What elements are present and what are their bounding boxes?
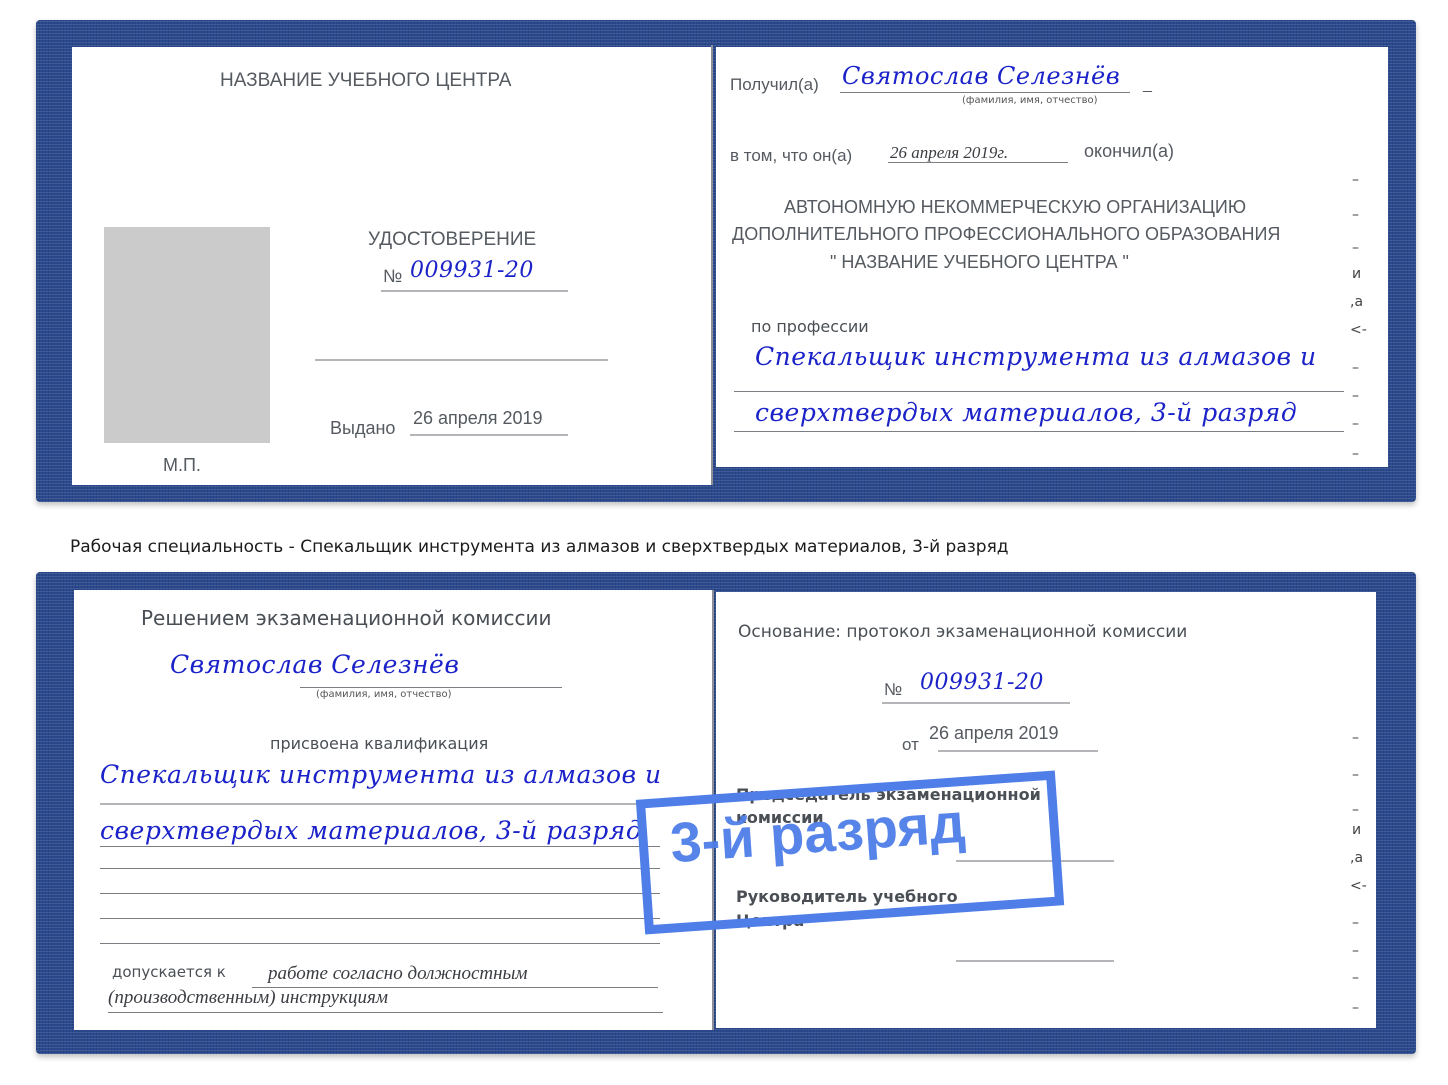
side-mark: – (1352, 1000, 1359, 1016)
admitted-underline-2 (108, 1012, 663, 1013)
blank-line (100, 893, 660, 894)
center-name-heading: НАЗВАНИЕ УЧЕБНОГО ЦЕНТРА (220, 70, 512, 92)
profession-underline-2 (734, 431, 1344, 432)
issued-label: Выдано (330, 418, 395, 439)
protocol-number-label: № (884, 680, 902, 700)
side-mark: – (1352, 767, 1359, 783)
side-mark: – (1352, 388, 1359, 404)
protocol-number-underline (882, 702, 1070, 704)
decision-name-caption: (фамилия, имя, отчество) (316, 689, 452, 700)
side-mark: – (1352, 802, 1359, 818)
qualification-line-1: Спекальщик инструмента из алмазов и (100, 760, 662, 789)
from-value: 26 апреля 2019 (929, 723, 1059, 744)
side-mark: <- (1350, 878, 1367, 894)
org-line-3: " НАЗВАНИЕ УЧЕБНОГО ЦЕНТРА " (830, 252, 1129, 273)
profession-line-2: сверхтвердых материалов, 3-й разряд (755, 398, 1297, 427)
received-dash: _ (1143, 76, 1152, 94)
stamp-place-label: М.П. (163, 455, 201, 476)
certificate-title: УДОСТОВЕРЕНИЕ (368, 229, 536, 251)
side-mark: <- (1350, 322, 1367, 338)
from-label: от (902, 735, 919, 755)
side-mark: – (1352, 360, 1359, 376)
basis-title: Основание: протокол экзаменационной коми… (738, 622, 1187, 642)
profession-underline-1 (734, 391, 1344, 392)
qualification-underline-2 (100, 846, 660, 847)
certificate-number-value: 009931-20 (410, 258, 534, 283)
blank-line (100, 918, 660, 919)
side-mark: – (1352, 446, 1359, 462)
decision-title: Решением экзаменационной комиссии (141, 606, 551, 630)
specialty-caption: Рабочая специальность - Спекальщик инстр… (70, 533, 1070, 561)
side-mark: и (1352, 822, 1361, 838)
blank-line (100, 943, 660, 944)
from-underline (938, 750, 1098, 752)
decision-name: Святослав Селезнёв (170, 650, 459, 679)
blank-line (100, 868, 660, 869)
issued-value: 26 апреля 2019 (413, 408, 543, 429)
protocol-number-value: 009931-20 (920, 670, 1044, 695)
received-underline (840, 92, 1130, 93)
decision-name-underline (300, 687, 562, 688)
side-mark: – (1352, 970, 1359, 986)
side-mark: – (1352, 943, 1359, 959)
admitted-line-2: (производственным) инструкциям (108, 987, 388, 1009)
profession-line-1: Спекальщик инструмента из алмазов и (755, 342, 1317, 371)
admitted-label: допускается к (112, 963, 226, 981)
side-mark: ,а (1350, 294, 1363, 310)
side-mark: – (1352, 172, 1359, 188)
number-underline (381, 290, 568, 292)
received-name: Святослав Селезнёв (842, 62, 1120, 90)
qualification-underline-1 (100, 803, 660, 805)
side-mark: – (1352, 915, 1359, 931)
signature-line (315, 359, 608, 361)
org-line-1: АВТОНОМНУЮ НЕКОММЕРЧЕСКУЮ ОРГАНИЗАЦИЮ (784, 197, 1246, 218)
side-mark: и (1352, 266, 1361, 282)
side-mark: – (1352, 240, 1359, 256)
head-signature-line (956, 960, 1114, 962)
admitted-line-1: работе согласно должностным (268, 963, 528, 985)
issued-underline (410, 434, 568, 436)
side-mark: – (1352, 207, 1359, 223)
certificate-number-label: № (383, 266, 402, 287)
that-date: 26 апреля 2019г. (890, 143, 1008, 163)
top-spine (711, 45, 713, 485)
finished-label: окончил(а) (1084, 141, 1174, 162)
received-label: Получил(а) (730, 75, 819, 95)
profession-label: по профессии (751, 317, 869, 336)
that-label: в том, что он(а) (730, 146, 852, 166)
side-mark: – (1352, 416, 1359, 432)
qualification-label: присвоена квалификация (270, 734, 488, 753)
side-mark: – (1352, 730, 1359, 746)
that-date-underline (888, 162, 1068, 163)
qualification-line-2: сверхтвердых материалов, 3-й разряд (100, 816, 642, 845)
org-line-2: ДОПОЛНИТЕЛЬНОГО ПРОФЕССИОНАЛЬНОГО ОБРАЗО… (732, 224, 1280, 245)
side-mark: ,а (1350, 850, 1363, 866)
name-caption: (фамилия, имя, отчество) (962, 95, 1098, 106)
photo-placeholder (104, 227, 270, 443)
